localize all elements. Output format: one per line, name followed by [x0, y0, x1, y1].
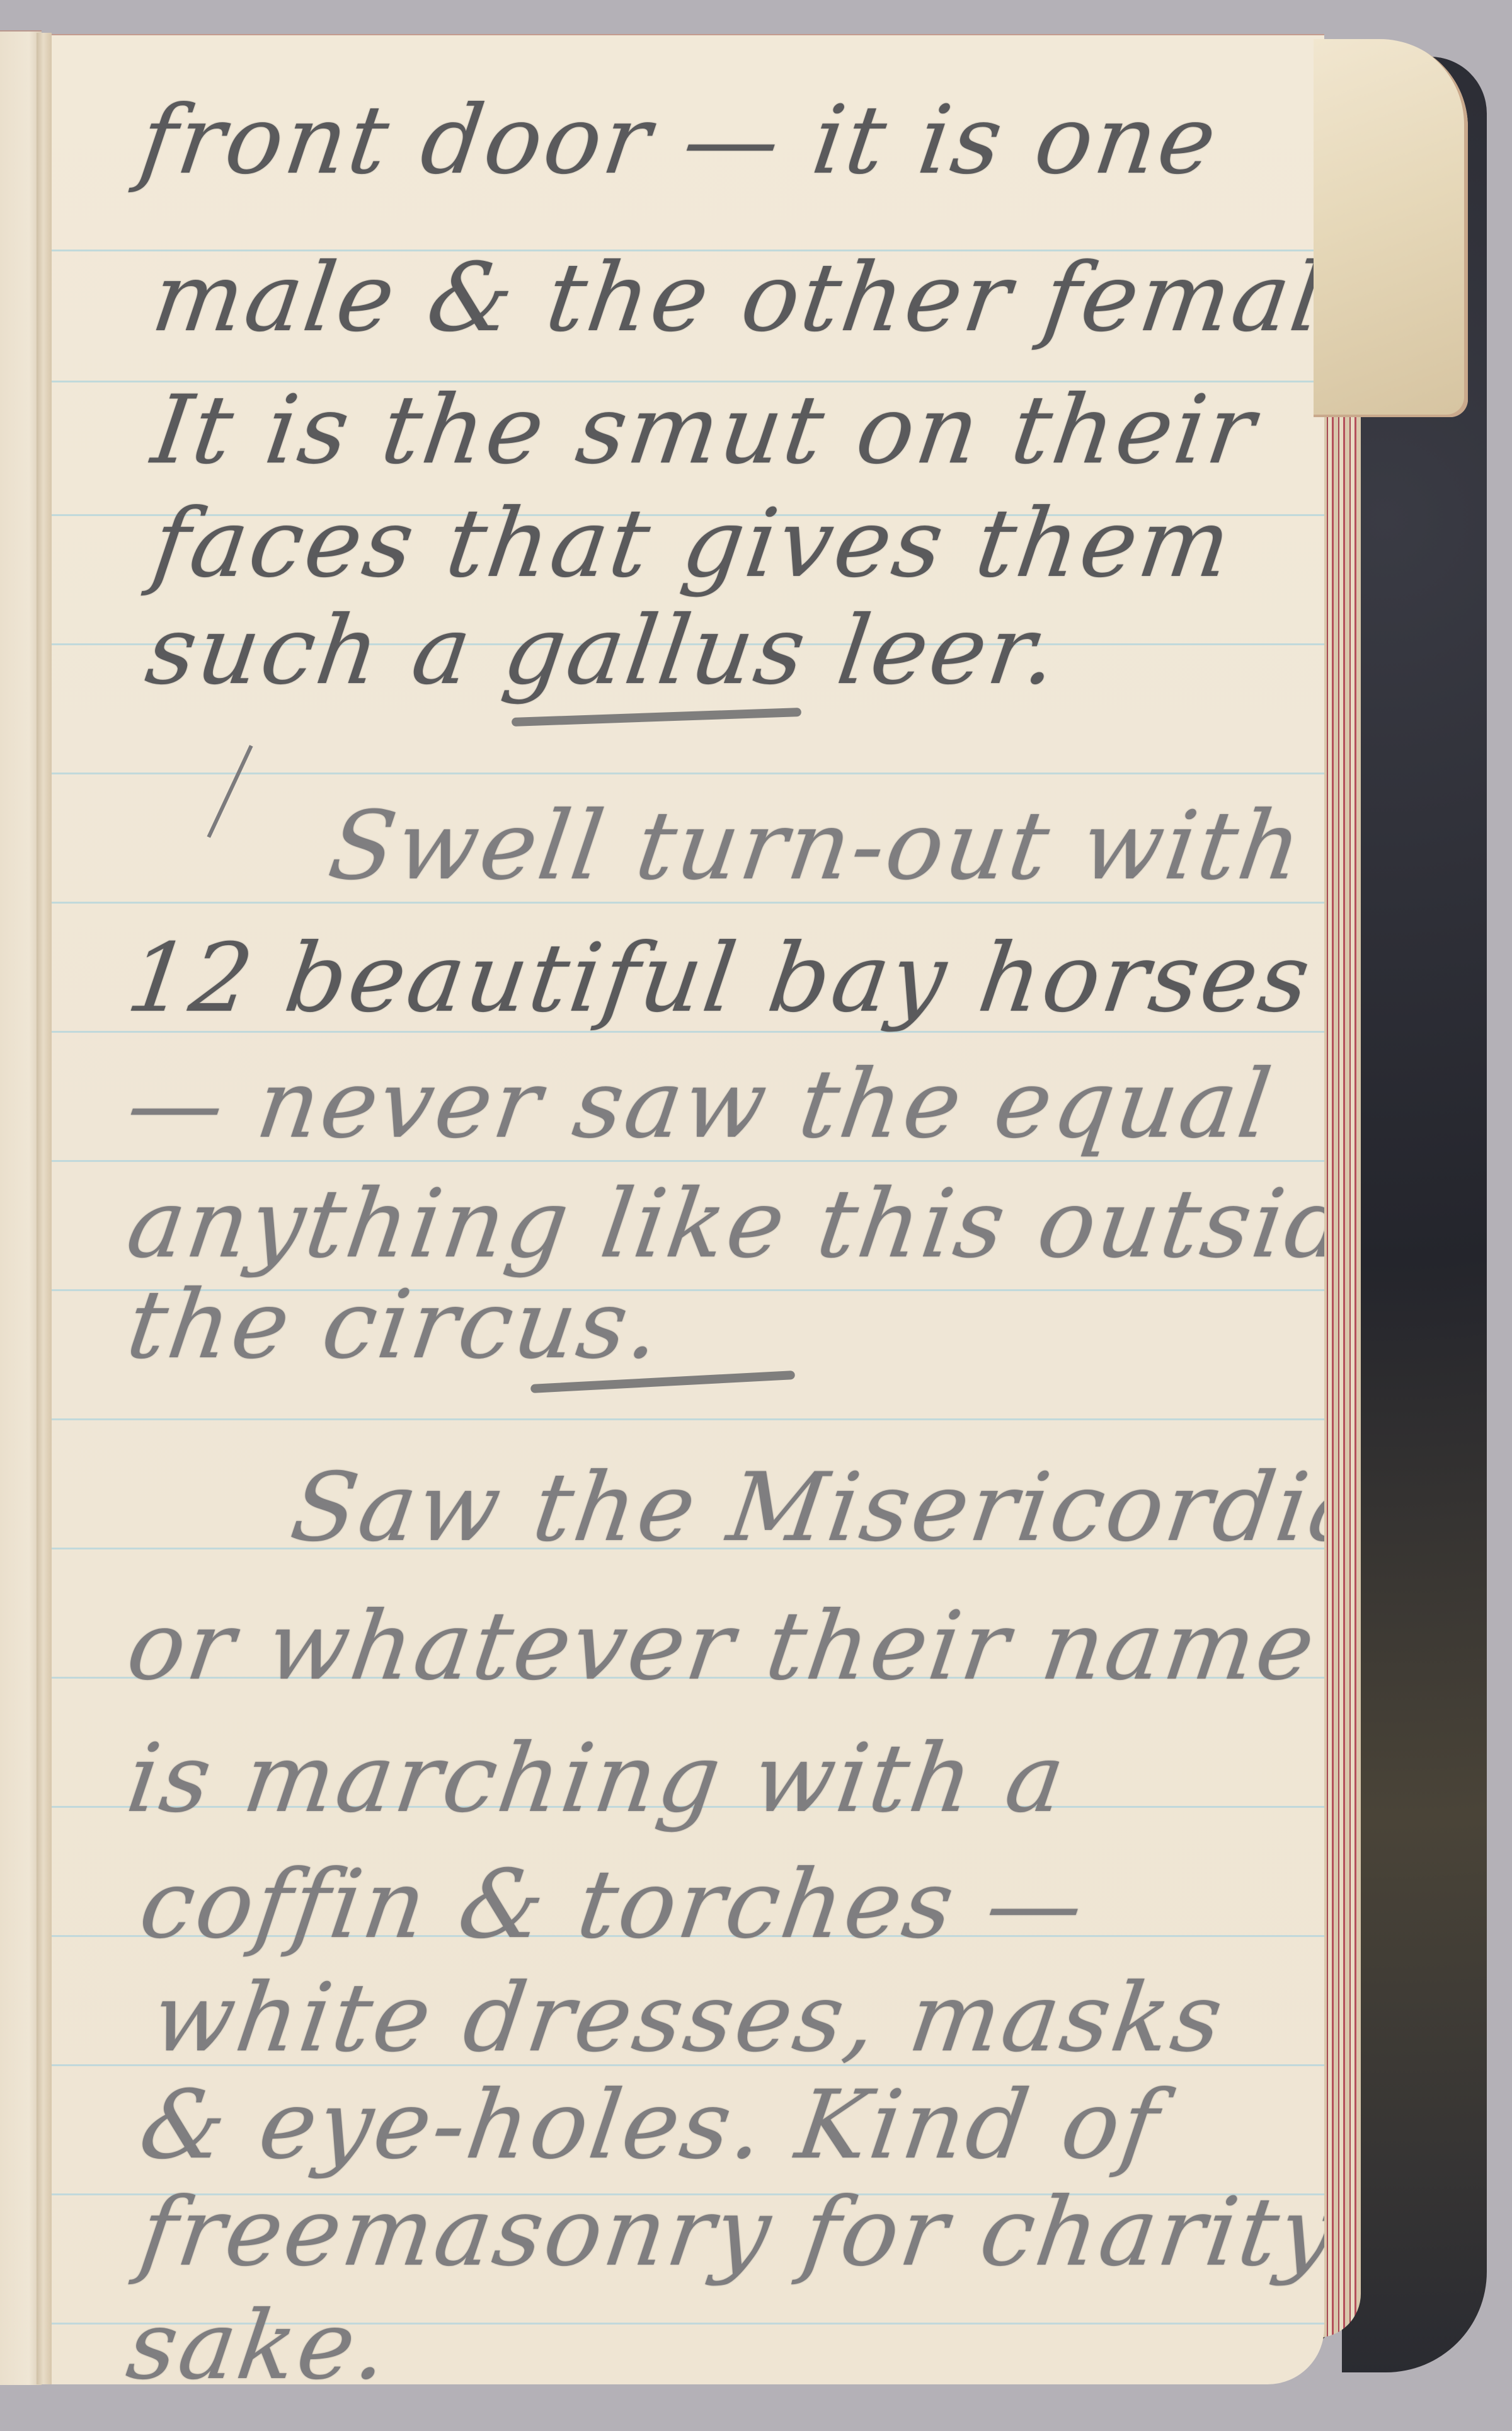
notebook-page: front door — it is one male & the other … [39, 34, 1324, 2384]
text-line-11: Saw the Misericordia [285, 1453, 1324, 1563]
handwritten-text: front door — it is one male & the other … [39, 35, 1324, 2384]
text-line-3: It is the smut on their [146, 376, 1263, 485]
text-line-4: faces that gives them [146, 489, 1239, 599]
text-line-1: front door — it is one [134, 86, 1225, 195]
folded-page-corner [1314, 39, 1468, 417]
text-line-14: coffin & torches — [134, 1850, 1092, 1960]
text-line-2: male & the other female. [146, 243, 1324, 353]
notebook-scan: front door — it is one male & the other … [0, 0, 1512, 2431]
text-line-15: white dresses, masks [146, 1963, 1231, 2073]
text-line-17: freemasonry for charity's [134, 2178, 1324, 2287]
text-line-6: Swell turn-out with [323, 791, 1310, 901]
text-line-18: sake. [121, 2291, 397, 2384]
text-line-12: or whatever their name [121, 1592, 1324, 1701]
margin-mark [207, 745, 253, 838]
text-line-9: anything like this outside [121, 1170, 1324, 1279]
text-line-16: & eye-holes. Kind of [134, 2071, 1167, 2180]
left-facing-page [0, 30, 42, 2385]
text-line-5: such a gallus leer. [140, 596, 1067, 706]
text-line-10: the circus. [121, 1270, 670, 1380]
page-gutter [37, 33, 52, 2384]
text-line-13: is marching with a [121, 1724, 1074, 1834]
section-divider-1 [512, 708, 801, 727]
text-line-7: 12 beautiful bay horses [121, 924, 1319, 1033]
text-line-8: — never saw the equal [121, 1050, 1280, 1159]
